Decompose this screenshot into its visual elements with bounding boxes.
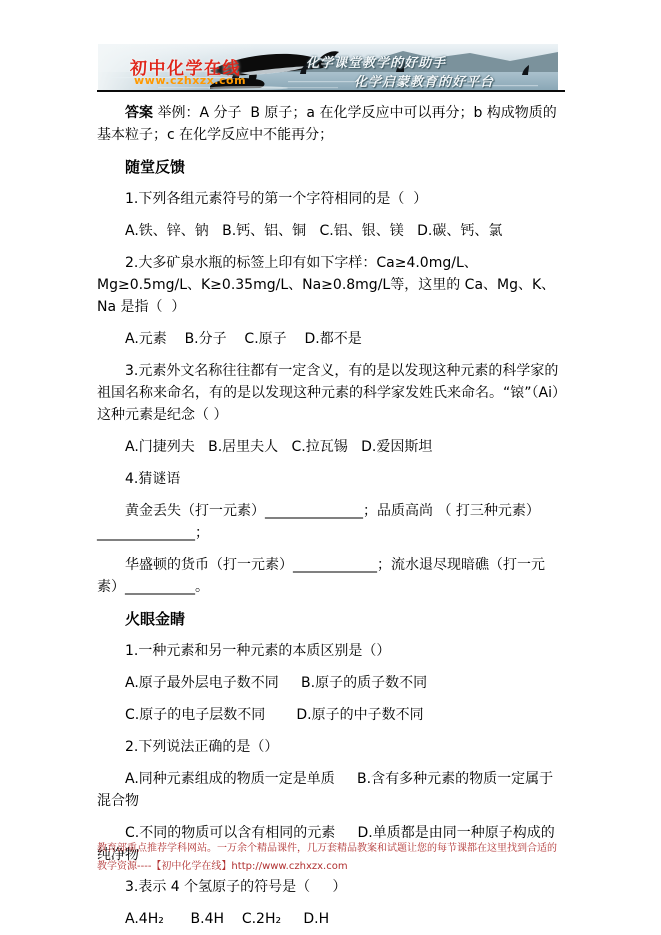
sharp-eyes-question-2-options-ab: A.同种元素组成的物质一定是单质 B.含有多种元素的物质一定属于混合物 [97, 768, 566, 812]
answer-label: 答案 [125, 105, 153, 121]
section-title-classroom-feedback: 随堂反馈 [97, 156, 566, 178]
sharp-eyes-question-1-options-ab: A.原子最外层电子数不同 B.原子的质子数不同 [97, 672, 566, 694]
answer-paragraph: 答案 举例：A 分子 B 原子；a 在化学反应中可以再分；b 构成物质的基本粒子… [97, 102, 566, 146]
banner-slogan-secondary: 化学启蒙教育的好平台 [354, 71, 494, 90]
question-3-options: A.门捷列夫 B.居里夫人 C.拉瓦锡 D.爱因斯坦 [97, 436, 566, 458]
banner-slogan-primary: 化学课堂教学的好助手 [306, 52, 446, 71]
question-1-options: A.铁、锌、钠 B.钙、铝、铜 C.铝、银、镁 D.碳、钙、氯 [97, 220, 566, 242]
question-2: 2.大多矿泉水瓶的标签上印有如下字样：Ca≥4.0mg/L、Mg≥0.5mg/L… [97, 252, 566, 318]
site-banner: 初中化学在线 www.czhxzx.com 化学课堂教学的好助手 化学启蒙教育的… [98, 44, 558, 90]
sharp-eyes-question-3: 3.表示 4 个氢原子的符号是（ ） [97, 876, 566, 898]
answer-blank: ______________； [97, 525, 209, 541]
sharp-eyes-question-2: 2.下列说法正确的是（） [97, 736, 566, 758]
sharp-eyes-question-1-options-cd: C.原子的电子层数不同 D.原子的中子数不同 [97, 704, 566, 726]
site-url: www.czhxzx.com [134, 74, 246, 87]
section-title-sharp-eyes: 火眼金睛 [97, 608, 566, 630]
question-4: 4.猜谜语 [97, 468, 566, 490]
answer-text: 举例：A 分子 B 原子；a 在化学反应中可以再分；b 构成物质的基本粒子；c … [97, 105, 557, 143]
answer-blank: __________。 [125, 579, 209, 595]
question-1: 1.下列各组元素符号的第一个字符相同的是（ ） [97, 188, 566, 210]
footer-promo-line-1: 教育部重点推荐学科网站。一万余个精品课件，几万套精品教案和试题让您的每节课都在这… [97, 840, 617, 858]
worksheet-body: 答案 举例：A 分子 B 原子；a 在化学反应中可以再分；b 构成物质的基本粒子… [97, 92, 566, 935]
question-2-options: A.元素 B.分子 C.原子 D.都不是 [97, 328, 566, 350]
sharp-eyes-question-3-options: A.4H₂ B.4H C.2H₂ D.H [97, 908, 566, 930]
question-3: 3.元素外文名称往往都有一定含义，有的是以发现这种元素的科学家的祖国名称来命名，… [97, 360, 566, 426]
question-4-riddle-2: 华盛顿的货币（打一元素）____________；流水退尽现暗礁（打一元素）__… [97, 554, 566, 598]
footer-promo-line-2: 教学资源----【初中化学在线】http://www.czhxzx.com [97, 858, 617, 876]
footer-promo: 教育部重点推荐学科网站。一万余个精品课件，几万套精品教案和试题让您的每节课都在这… [97, 840, 617, 876]
sharp-eyes-question-1: 1.一种元素和另一种元素的本质区别是（） [97, 640, 566, 662]
question-4-riddle-1: 黄金丢失（打一元素）______________；品质高尚 （ 打三种元素）__… [97, 500, 566, 544]
document-page: 初中化学在线 www.czhxzx.com 化学课堂教学的好助手 化学启蒙教育的… [0, 0, 661, 935]
